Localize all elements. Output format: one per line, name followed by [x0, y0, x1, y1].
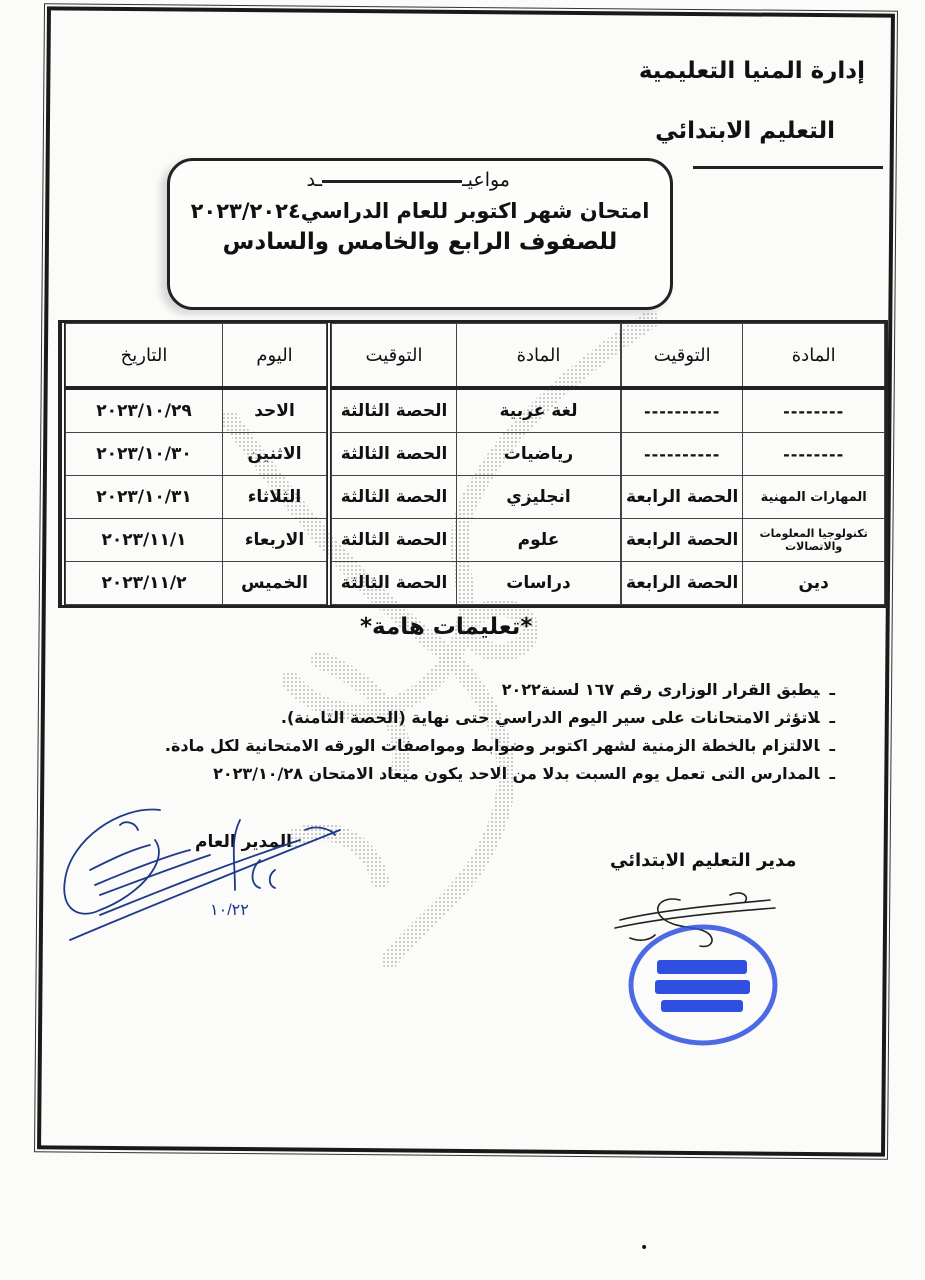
timing-cell: الحصة الرابعة: [622, 476, 743, 519]
bullet-dash: ـ: [830, 680, 835, 699]
list-item: ـالمدارس التى تعمل يوم السبت بدلا من الا…: [95, 760, 835, 788]
page-mark: •: [640, 1240, 648, 1256]
timing-cell: الحصة الثالثة: [332, 476, 457, 519]
instruction-text: لاتؤثر الامتحانات على سير اليوم الدراسي …: [281, 708, 820, 727]
table-row: علومالحصة الثالثة: [332, 519, 621, 562]
day-date-section: اليوم التاريخ الاحد٢٠٢٣/١٠/٢٩ الاثنين٢٠٢…: [61, 323, 327, 605]
column-header-subject: المادة: [457, 324, 621, 389]
title-heading-tail: ـد: [307, 169, 323, 191]
official-stamp-icon: [625, 920, 780, 1050]
table-row: المهارات المهنيةالحصة الرابعة: [622, 476, 885, 519]
table-row: ------------------: [622, 433, 885, 476]
subject-cell: المهارات المهنية: [743, 476, 885, 519]
table-row: لغة عربيةالحصة الثالثة: [332, 388, 621, 433]
timing-cell: الحصة الثالثة: [332, 562, 457, 605]
table-row: الثلاثاء٢٠٢٣/١٠/٣١: [66, 476, 327, 519]
column-header-subject: المادة: [743, 324, 885, 389]
subject-cell: انجليزي: [457, 476, 621, 519]
subject-cell: تكنولوجيا المعلومات والاتصالات: [743, 519, 885, 562]
subject-cell: لغة عربية: [457, 388, 621, 433]
subject-cell: دين: [743, 562, 885, 605]
subject-cell: علوم: [457, 519, 621, 562]
date-cell: ٢٠٢٣/١١/٢: [66, 562, 223, 605]
letterhead: إدارة المنيا التعليمية التعليم الابتدائي: [639, 58, 865, 144]
table-row: ------------------: [622, 388, 885, 433]
instruction-text: المدارس التى تعمل يوم السبت بدلا من الاح…: [213, 764, 819, 783]
table-row: الخميس٢٠٢٣/١١/٢: [66, 562, 327, 605]
day-cell: الخميس: [223, 562, 327, 605]
date-cell: ٢٠٢٣/١٠/٣١: [66, 476, 223, 519]
instruction-text: الالتزام بالخطة الزمنية لشهر اكتوبر وضوا…: [165, 736, 820, 755]
title-heading-word: مواعيـ: [462, 169, 510, 191]
list-item: ـلاتؤثر الامتحانات على سير اليوم الدراسي…: [95, 704, 835, 732]
general-manager-signature-icon: ١٠/٢٢: [60, 800, 360, 960]
column-header-day: اليوم: [223, 324, 327, 389]
day-cell: الاثنين: [223, 433, 327, 476]
instructions-list: ـيطبق القرار الوزارى رقم ١٦٧ لسنة٢٠٢٢ ـل…: [95, 676, 835, 788]
grades-title: للصفوف الرابع والخامس والسادس: [170, 229, 670, 255]
timing-cell: الحصة الثالثة: [332, 519, 457, 562]
table-row: دينالحصة الرابعة: [622, 562, 885, 605]
timing-cell: الحصة الثالثة: [332, 433, 457, 476]
second-period-section: المادة التوقيت ------------------ ------…: [621, 323, 885, 605]
title-box: مواعيــد امتحان شهر اكتوبر للعام الدراسي…: [167, 158, 673, 310]
table-row: تكنولوجيا المعلومات والاتصالاتالحصة الرا…: [622, 519, 885, 562]
day-cell: الثلاثاء: [223, 476, 327, 519]
list-item: ـيطبق القرار الوزارى رقم ١٦٧ لسنة٢٠٢٢: [95, 676, 835, 704]
instruction-text: يطبق القرار الوزارى رقم ١٦٧ لسنة٢٠٢٢: [502, 680, 820, 699]
timing-cell: الحصة الرابعة: [622, 562, 743, 605]
day-cell: الاربعاء: [223, 519, 327, 562]
header-underline: [693, 166, 883, 169]
column-header-date: التاريخ: [66, 324, 223, 389]
date-cell: ٢٠٢٣/١٠/٣٠: [66, 433, 223, 476]
column-header-timing: التوقيت: [622, 324, 743, 389]
timing-cell: ----------: [622, 433, 743, 476]
date-cell: ٢٠٢٣/١٠/٢٩: [66, 388, 223, 433]
exam-title: امتحان شهر اكتوبر للعام الدراسي٢٠٢٣/٢٠٢٤: [170, 199, 670, 223]
column-header-timing: التوقيت: [332, 324, 457, 389]
timing-cell: الحصة الثالثة: [332, 388, 457, 433]
first-period-table: المادة التوقيت لغة عربيةالحصة الثالثة ري…: [331, 323, 621, 605]
department-name: إدارة المنيا التعليمية: [639, 58, 865, 84]
tatweel-line: [322, 180, 462, 183]
first-period-section: المادة التوقيت لغة عربيةالحصة الثالثة ري…: [327, 323, 621, 605]
table-row: رياضياتالحصة الثالثة: [332, 433, 621, 476]
table-row: دراساتالحصة الثالثة: [332, 562, 621, 605]
bullet-dash: ـ: [830, 736, 835, 755]
instructions-heading: *تعليمات هامة*: [360, 614, 532, 640]
timing-cell: ----------: [622, 388, 743, 433]
title-heading: مواعيــد: [170, 169, 670, 191]
subject-cell: دراسات: [457, 562, 621, 605]
bullet-dash: ـ: [830, 708, 835, 727]
table-row: الاثنين٢٠٢٣/١٠/٣٠: [66, 433, 327, 476]
handwritten-date: ١٠/٢٢: [210, 902, 249, 919]
table-row: الاربعاء٢٠٢٣/١١/١: [66, 519, 327, 562]
date-cell: ٢٠٢٣/١١/١: [66, 519, 223, 562]
subject-cell: --------: [743, 433, 885, 476]
primary-director-label: مدير التعليم الابتدائي: [610, 850, 797, 871]
timing-cell: الحصة الرابعة: [622, 519, 743, 562]
exam-schedule-table: اليوم التاريخ الاحد٢٠٢٣/١٠/٢٩ الاثنين٢٠٢…: [58, 320, 888, 608]
table-row: الاحد٢٠٢٣/١٠/٢٩: [66, 388, 327, 433]
table-row: انجليزيالحصة الثالثة: [332, 476, 621, 519]
day-cell: الاحد: [223, 388, 327, 433]
second-period-table: المادة التوقيت ------------------ ------…: [621, 323, 885, 605]
list-item: ـالالتزام بالخطة الزمنية لشهر اكتوبر وضو…: [95, 732, 835, 760]
day-date-table: اليوم التاريخ الاحد٢٠٢٣/١٠/٢٩ الاثنين٢٠٢…: [65, 323, 327, 605]
subject-cell: --------: [743, 388, 885, 433]
subject-cell: رياضيات: [457, 433, 621, 476]
bullet-dash: ـ: [830, 764, 835, 783]
sector-name: التعليم الابتدائي: [639, 118, 865, 144]
